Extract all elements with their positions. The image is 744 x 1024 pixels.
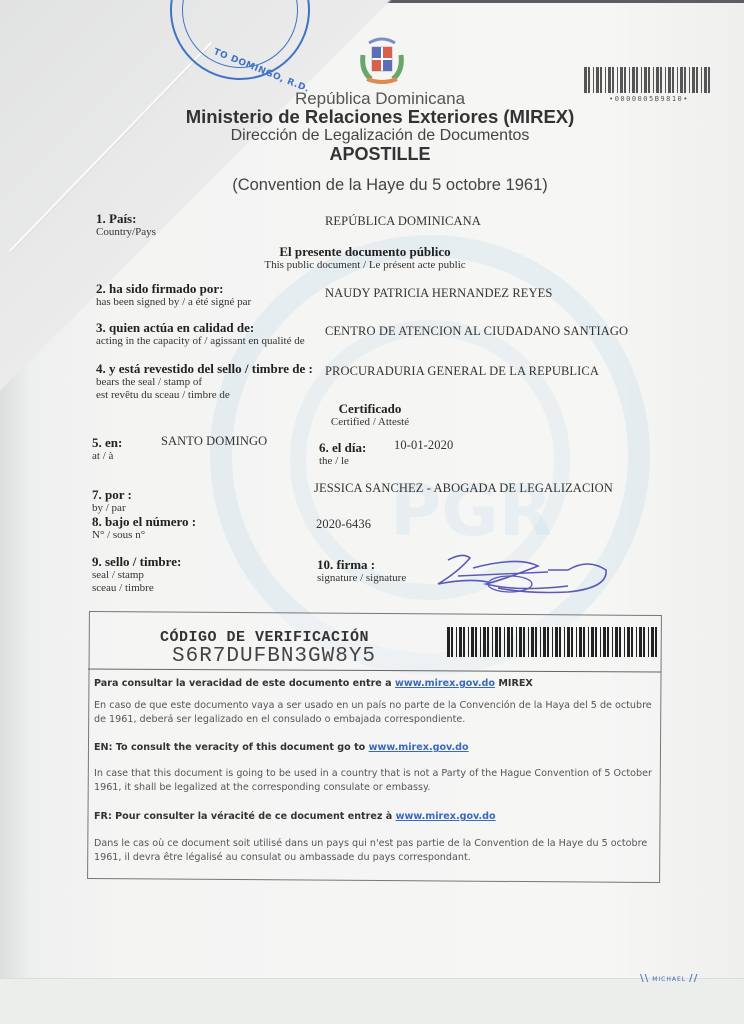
field-country-sub: Country/Pays	[96, 226, 156, 239]
es-note: En caso de que este documento vaya a ser…	[94, 699, 664, 726]
field-date-label: 6. el día:	[319, 440, 366, 455]
field-place-value: SANTO DOMINGO	[161, 434, 267, 449]
field-number-label: 8. bajo el número :	[92, 514, 196, 529]
field-seal-of-sub1: bears the seal / stamp of	[96, 376, 313, 389]
apostille-page: PGR TO DOMINGO, R.D. República Dominican…	[0, 0, 744, 1024]
coat-of-arms-icon	[357, 33, 407, 87]
verification-barcode-icon	[447, 627, 659, 657]
field-seal-label-group: 9. sello / timbre: seal / stamp sceau / …	[92, 554, 181, 595]
underlying-page-edge	[0, 978, 744, 1024]
watermark-seal-outer	[210, 235, 650, 675]
field-signed-by-label: 2. ha sido firmado por:	[96, 281, 251, 296]
field-place-sub: at / à	[92, 450, 122, 463]
certified-heading: Certificado Certified / Attesté	[300, 401, 440, 429]
field-place-label: 5. en:	[92, 435, 122, 450]
field-by-label: 7. por :	[92, 487, 132, 502]
field-place-label-group: 5. en: at / à	[92, 435, 122, 463]
field-country-label: 1. País:	[96, 211, 156, 226]
field-seal-of-value: PROCURADURIA GENERAL DE LA REPUBLICA	[325, 364, 599, 379]
public-document-sub: This public document / Le présent acte p…	[230, 259, 500, 272]
en-note: In case that this document is going to b…	[94, 767, 664, 794]
field-capacity-label-group: 3. quien actúa en calidad de: acting in …	[96, 320, 305, 348]
en-mirex-link[interactable]: www.mirex.gov.do	[369, 742, 469, 753]
es-consult-text: Para consultar la veracidad de este docu…	[94, 678, 392, 689]
field-capacity-value: CENTRO DE ATENCION AL CIUDADANO SANTIAGO	[325, 324, 628, 339]
en-consult-line: EN: To consult the veracity of this docu…	[94, 741, 664, 755]
field-number-sub: N° / sous n°	[92, 529, 196, 542]
field-seal-sub2: sceau / timbre	[92, 582, 181, 595]
certified-title: Certificado	[300, 401, 440, 416]
fr-consult-line: FR: Pour consulter la véracité de ce doc…	[94, 810, 664, 824]
field-country-label-group: 1. País: Country/Pays	[96, 211, 156, 239]
field-signature-sub: signature / signature	[317, 572, 406, 585]
verification-code-title: CÓDIGO DE VERIFICACIÓN	[160, 629, 369, 646]
field-signed-by-sub: has been signed by / a été signé par	[96, 296, 251, 309]
fr-mirex-link[interactable]: www.mirex.gov.do	[396, 811, 496, 822]
handwritten-signature-icon	[428, 548, 618, 598]
es-consult-line: Para consultar la veracidad de este docu…	[94, 677, 664, 691]
serial-barcode-number: •0000005B9810•	[584, 95, 714, 103]
field-number-label-group: 8. bajo el número : N° / sous n°	[92, 514, 196, 542]
field-seal-of-label-group: 4. y está revestido del sello / timbre d…	[96, 361, 313, 402]
field-by-label-group: 7. por : by / par	[92, 487, 132, 515]
public-document-heading: El presente documento público This publi…	[230, 244, 500, 272]
es-mirex-link[interactable]: www.mirex.gov.do	[395, 678, 495, 689]
field-signed-by-value: NAUDY PATRICIA HERNANDEZ REYES	[325, 286, 552, 301]
field-signature-label: 10. firma :	[317, 557, 406, 572]
field-capacity-label: 3. quien actúa en calidad de:	[96, 320, 305, 335]
certified-sub: Certified / Attesté	[300, 416, 440, 429]
verification-code-value: S6R7DUFBN3GW8Y5	[172, 645, 376, 668]
document-title: APOSTILLE	[270, 144, 490, 165]
fr-note: Dans le cas où ce document soit utilisé …	[94, 837, 664, 864]
convention-subtitle: (Convention de la Haye du 5 octobre 1961…	[200, 176, 580, 195]
field-signed-by-label-group: 2. ha sido firmado por: has been signed …	[96, 281, 251, 309]
bottom-partial-stamp: \\ MICHAEL //	[640, 973, 698, 984]
field-country-value: REPÚBLICA DOMINICANA	[325, 214, 481, 229]
bottom-stamp-text: MICHAEL	[652, 976, 686, 983]
en-consult-text: EN: To consult the veracity of this docu…	[94, 742, 365, 753]
field-by-value: JESSICA SANCHEZ - ABOGADA DE LEGALIZACIO…	[314, 481, 613, 496]
ministry-name: Ministerio de Relaciones Exteriores (MIR…	[160, 106, 600, 128]
serial-barcode-icon	[584, 67, 714, 93]
fr-consult-text: FR: Pour consulter la véracité de ce doc…	[94, 811, 392, 822]
field-seal-of-sub2: est revêtu du sceau / timbre de	[96, 389, 313, 402]
direction-name: Dirección de Legalización de Documentos	[180, 127, 580, 145]
field-seal-sub1: seal / stamp	[92, 569, 181, 582]
field-date-sub: the / le	[319, 455, 366, 468]
es-mirex-suffix: MIREX	[498, 678, 532, 689]
public-document-title: El presente documento público	[230, 244, 500, 259]
field-date-value: 10-01-2020	[394, 438, 453, 453]
field-seal-of-label: 4. y está revestido del sello / timbre d…	[96, 361, 313, 376]
field-signature-label-group: 10. firma : signature / signature	[317, 557, 406, 585]
scan-edge	[0, 0, 744, 3]
field-capacity-sub: acting in the capacity of / agissant en …	[96, 335, 305, 348]
field-number-value: 2020-6436	[316, 517, 371, 532]
field-seal-label: 9. sello / timbre:	[92, 554, 181, 569]
field-date-label-group: 6. el día: the / le	[319, 440, 366, 468]
